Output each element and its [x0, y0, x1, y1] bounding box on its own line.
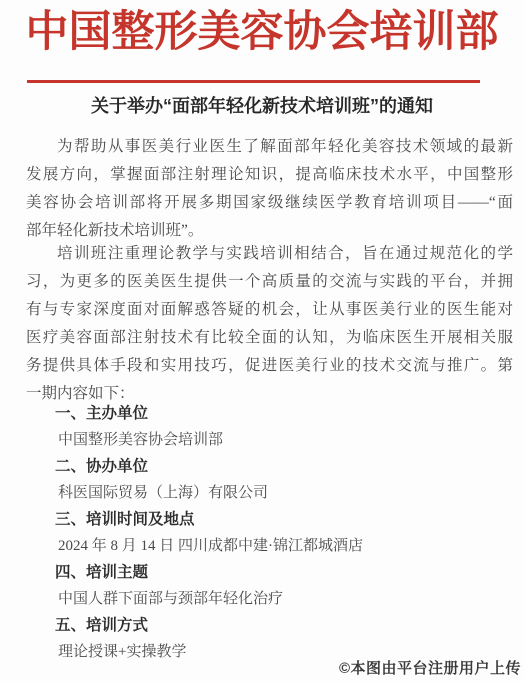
- section-value-organizer: 中国整形美容协会培训部: [55, 427, 514, 453]
- section-heading-method: 五、培训方式: [55, 613, 514, 639]
- section-value-co-organizer: 科医国际贸易（上海）有限公司: [55, 480, 514, 506]
- paragraph-line: 务提供具体手段和实用技巧，促进医美行业的技术交流与推广。第: [26, 352, 513, 380]
- notice-sections: 一、主办单位 中国整形美容协会培训部 二、协办单位 科医国际贸易（上海）有限公司…: [55, 401, 514, 665]
- paragraph-line: 医疗美容面部注射技术有比较全面的认知，为临床医生开展相关服: [26, 324, 513, 352]
- section-heading-time-location: 三、培训时间及地点: [55, 507, 514, 533]
- section-value-topic: 中国人群下面部与颈部年轻化治疗: [55, 586, 514, 612]
- notice-paragraph-purpose: 培训班注重理论教学与实践培训相结合，旨在通过规范化的学习，为更多的医美医生提供一…: [26, 240, 513, 408]
- letterhead-divider-line: [27, 80, 480, 83]
- paragraph-line: 培训班注重理论教学与实践培训相结合，旨在通过规范化的学: [26, 240, 513, 268]
- paragraph-line: 有与专家深度面对面解惑答疑的机会，让从事医美行业的医生能对: [26, 296, 513, 324]
- paragraph-line: 习，为更多的医美医生提供一个高质量的交流与实践的平台，并拥: [26, 268, 513, 296]
- paragraph-line: 发展方向，掌握面部注射理论知识，提高临床技术水平，中国整形: [26, 161, 513, 189]
- section-value-time-location: 2024 年 8 月 14 日 四川成都中建·锦江都城酒店: [55, 533, 514, 559]
- paragraph-line: 为帮助从事医美行业医生了解面部年轻化美容技术领域的最新: [26, 133, 513, 161]
- notice-title: 关于举办“面部年轻化新技术培训班”的通知: [0, 94, 524, 118]
- platform-upload-watermark: ©本图由平台注册用户上传: [339, 660, 521, 678]
- notice-document-page: 中国整形美容协会培训部 关于举办“面部年轻化新技术培训班”的通知 为帮助从事医美…: [0, 0, 524, 681]
- section-heading-topic: 四、培训主题: [55, 560, 514, 586]
- section-heading-co-organizer: 二、协办单位: [55, 454, 514, 480]
- section-heading-organizer: 一、主办单位: [55, 401, 514, 427]
- letterhead-org-title: 中国整形美容协会培训部: [0, 7, 524, 59]
- paragraph-line: 美容协会培训部将开展多期国家级继续医学教育培训项目——“面: [26, 189, 513, 217]
- notice-paragraph-intro: 为帮助从事医美行业医生了解面部年轻化美容技术领域的最新发展方向，掌握面部注射理论…: [26, 133, 513, 245]
